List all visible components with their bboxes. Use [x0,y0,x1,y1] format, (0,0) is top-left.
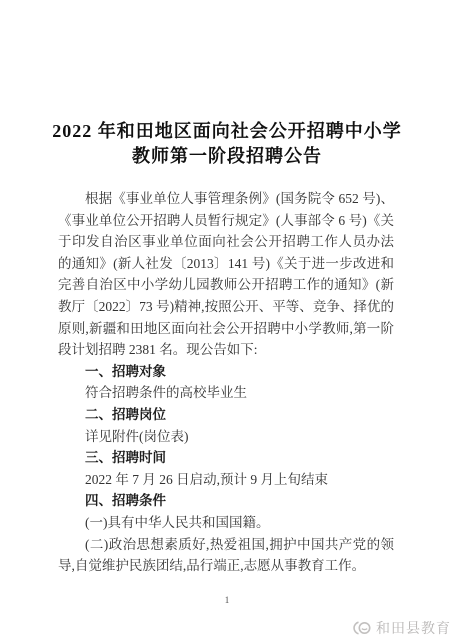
document-title: 2022 年和田地区面向社会公开招聘中小学 教师第一阶段招聘公告 [30,119,424,169]
page-number: 1 [0,595,454,605]
document-title-line2: 教师第一阶段招聘公告 [30,144,424,169]
section-paragraph: 详见附件(岗位表) [58,426,394,448]
section-paragraph: (一)具有中华人民共和国国籍。 [58,512,394,534]
document-page: 2022 年和田地区面向社会公开招聘中小学 教师第一阶段招聘公告 根据《事业单位… [0,0,454,642]
publisher-logo-icon [350,620,372,636]
intro-paragraph: 根据《事业单位人事管理条例》(国务院令 652 号)、《事业单位公开招聘人员暂行… [58,188,394,361]
publisher-name: 和田县教育 [376,618,451,638]
section-heading-3: 三、招聘时间 [58,447,394,469]
section-paragraph: 2022 年 7 月 26 日启动,预计 9 月上旬结束 [58,469,394,491]
section-heading-1: 一、招聘对象 [58,361,394,383]
document-body: 根据《事业单位人事管理条例》(国务院令 652 号)、《事业单位公开招聘人员暂行… [58,188,394,577]
section-heading-4: 四、招聘条件 [58,490,394,512]
section-heading-2: 二、招聘岗位 [58,404,394,426]
document-title-line1: 2022 年和田地区面向社会公开招聘中小学 [30,119,424,144]
section-paragraph: 符合招聘条件的高校毕业生 [58,382,394,404]
publisher-watermark: 和田县教育 [350,618,451,638]
section-paragraph: (二)政治思想素质好,热爱祖国,拥护中国共产党的领导,自觉维护民族团结,品行端正… [58,534,394,577]
